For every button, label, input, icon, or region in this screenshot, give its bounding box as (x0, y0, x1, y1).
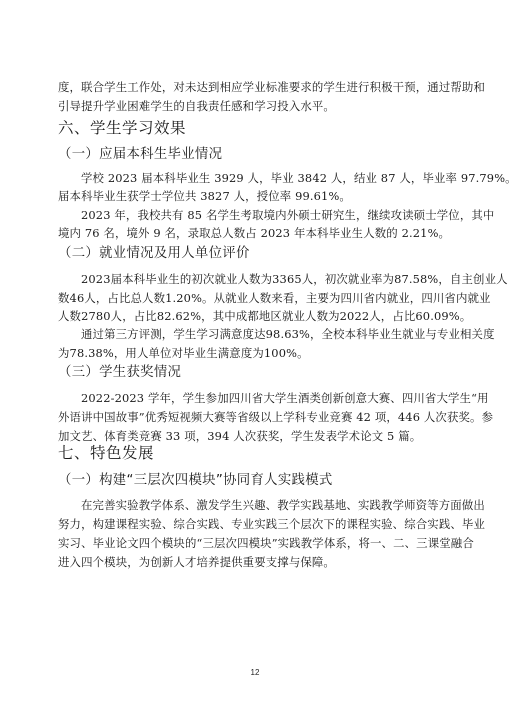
subsection-heading: （三）学生获奖情况 (58, 365, 181, 381)
paragraph-line: 2022-2023 学年，学生参加四川省大学生酒类创新创意大赛、四川省大学生“用 (81, 391, 454, 405)
paragraph-line: 加文艺、体育类竞赛 33 项，394 人次获奖，学生发表学术论文 5 篇。 (58, 429, 454, 443)
paragraph-line: 人数2780人，占比82.62%，其中成都地区就业人数为2022人，占比60.0… (58, 309, 454, 323)
paragraph-line: 引导提升学业困难学生的自我责任感和学习投入水平。 (58, 99, 454, 113)
paragraph-line: 2023 年，我校共有 85 名学生考取境内外硕士研究生，继续攻读硕士学位，其中 (81, 208, 454, 222)
paragraph-line: 外语讲中国故事”优秀短视频大赛等省级以上学科专业竞赛 42 项，446 人次获奖… (58, 410, 454, 424)
paragraph-line: 度，联合学生工作处，对未达到相应学业标准要求的学生进行积极干预，通过帮助和 (58, 80, 454, 94)
paragraph-line: 通过第三方评测，学生学习满意度达98.63%，全校本科毕业生就业与专业相关度 (81, 327, 454, 341)
subsection-heading: （一）构建“三层次四模块”协同育人实践模式 (58, 473, 333, 489)
subsection-heading: （二）就业情况及用人单位评价 (58, 246, 250, 262)
page-number: 12 (0, 668, 510, 678)
section-heading: 七、特色发展 (58, 444, 154, 462)
paragraph-line: 学校 2023 届本科毕业生 3929 人，毕业 3842 人，结业 87 人，… (81, 171, 454, 185)
paragraph-line: 境内 76 名，境外 9 名，录取总人数占 2023 年本科毕业生人数的 2.2… (58, 226, 454, 240)
paragraph-line: 在完善实验教学体系、激发学生兴趣、教学实践基地、实践教学师资等方面做出 (81, 498, 454, 512)
paragraph-line: 努力，构建课程实验、综合实践、专业实践三个层次下的课程实验、综合实践、毕业 (58, 517, 454, 531)
paragraph-line: 2023届本科毕业生的初次就业人数为3365人，初次就业率为87.58%，自主创… (81, 272, 454, 286)
paragraph-line: 进入四个模块，为创新人才培养提供重要支撑与保障。 (58, 555, 454, 569)
paragraph-line: 届本科毕业生获学士学位共 3827 人，授位率 99.61%。 (58, 189, 454, 203)
section-heading: 六、学生学习效果 (58, 119, 186, 137)
subsection-heading: （一）应届本科生毕业情况 (58, 147, 222, 163)
paragraph-line: 数46人，占比总人数1.20%。从就业人数来看，主要为四川省内就业，四川省内就业 (58, 291, 454, 305)
paragraph-line: 实习、毕业论文四个模块的“三层次四模块”实践教学体系，将一、二、三课堂融合 (58, 536, 454, 550)
document-page: 度，联合学生工作处，对未达到相应学业标准要求的学生进行积极干预，通过帮助和 引导… (0, 0, 510, 716)
paragraph-line: 为78.38%，用人单位对毕业生满意度为100%。 (58, 346, 454, 360)
